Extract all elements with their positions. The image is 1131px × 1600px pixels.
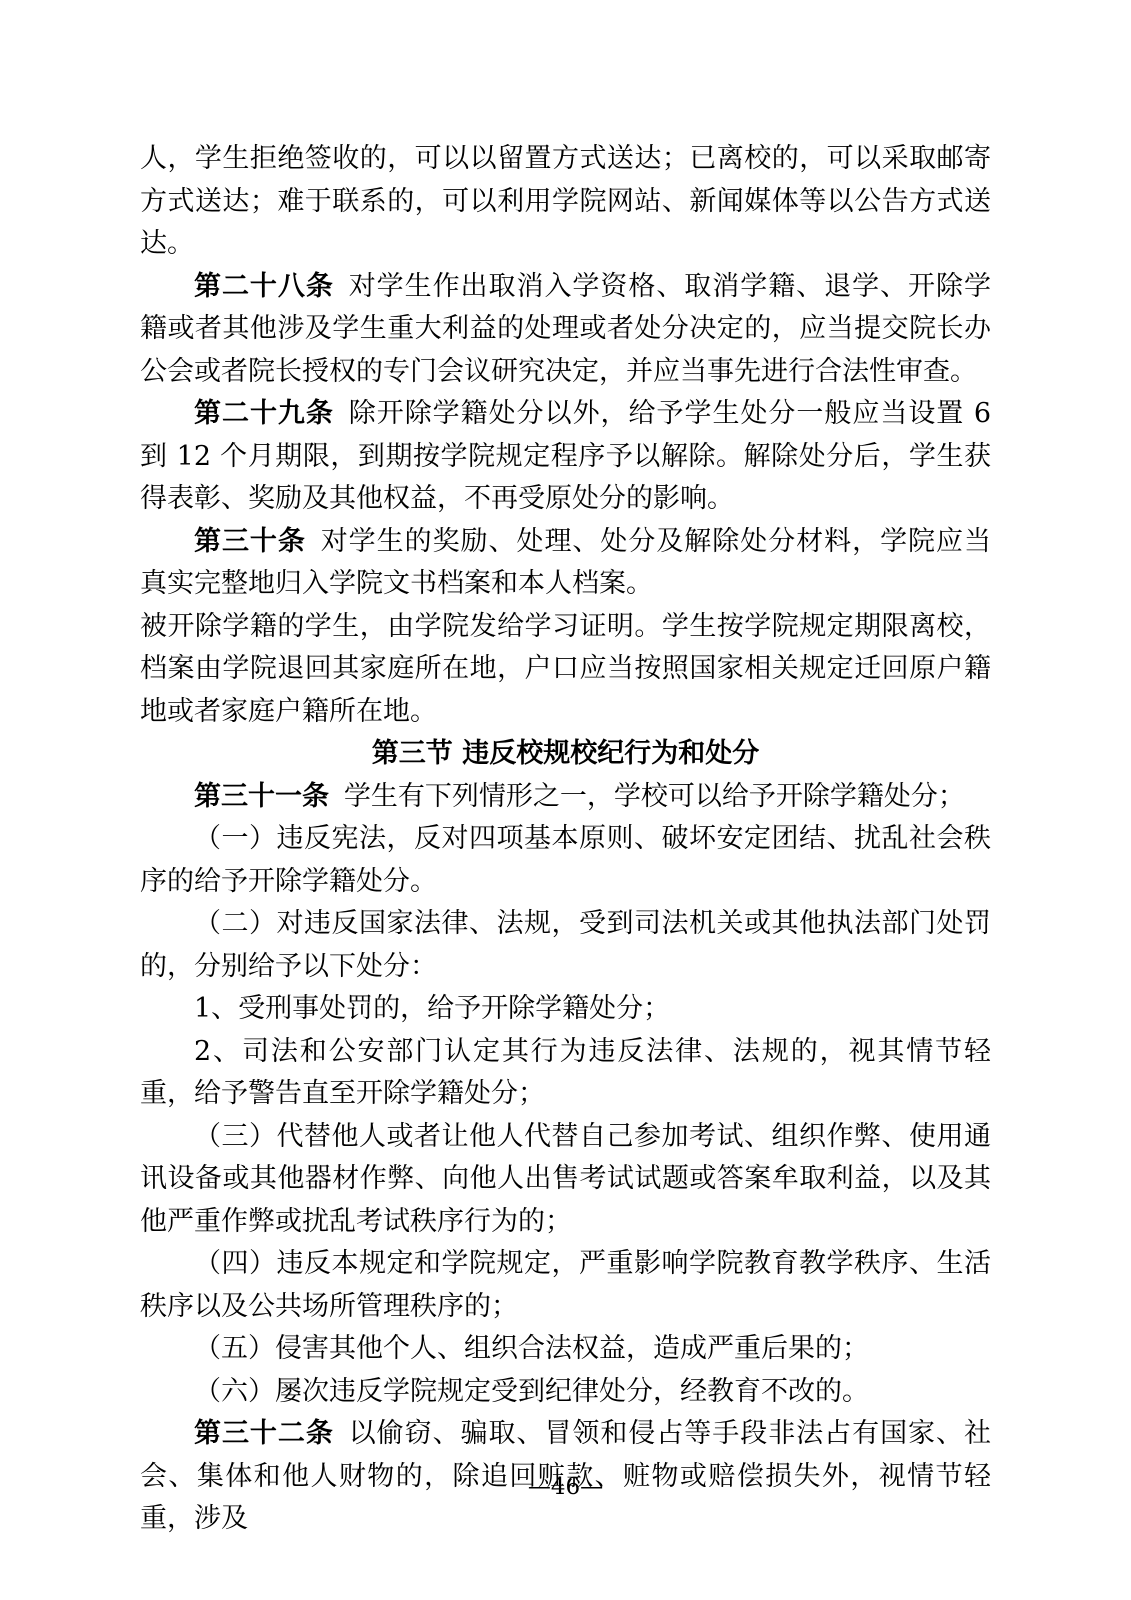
paragraph-text: 被开除学籍的学生，由学院发给学习证明。学生按学院规定期限离校，档案由学院退回其家… [140, 611, 991, 727]
article-number: 第二十八条 [194, 271, 334, 302]
paragraph-text: 2、司法和公安部门认定其行为违反法律、法规的，视其情节轻重，给予警告直至开除学籍… [140, 1036, 991, 1110]
paragraph-text: （二）对违反国家法律、法规，受到司法机关或其他执法部门处罚的，分别给予以下处分： [140, 908, 991, 982]
paragraph: 人，学生拒绝签收的，可以以留置方式送达；已离校的，可以采取邮寄方式送达；难于联系… [140, 138, 991, 266]
paragraph-text: （五）侵害其他个人、组织合法权益，造成严重后果的； [194, 1333, 869, 1364]
paragraph-text: 学生有下列情形之一，学校可以给予开除学籍处分； [344, 781, 965, 812]
page-number: —46— [0, 1472, 1131, 1502]
document-body: 人，学生拒绝签收的，可以以留置方式送达；已离校的，可以采取邮寄方式送达；难于联系… [140, 138, 991, 1541]
paragraph-text: （三）代替他人或者让他人代替自己参加考试、组织作弊、使用通讯设备或其他器材作弊、… [140, 1121, 991, 1237]
paragraph: （二）对违反国家法律、法规，受到司法机关或其他执法部门处罚的，分别给予以下处分： [140, 903, 991, 988]
paragraph-text: （四）违反本规定和学院规定，严重影响学院教育教学秩序、生活秩序以及公共场所管理秩… [140, 1248, 991, 1322]
paragraph: （六）屡次违反学院规定受到纪律处分，经教育不改的。 [140, 1371, 991, 1414]
paragraph: 第三十一条学生有下列情形之一，学校可以给予开除学籍处分； [140, 776, 991, 819]
paragraph: 第三十条对学生的奖励、处理、处分及解除处分材料，学院应当真实完整地归入学院文书档… [140, 521, 991, 606]
article-number: 第三十二条 [194, 1418, 334, 1449]
paragraph: （一）违反宪法，反对四项基本原则、破坏安定团结、扰乱社会秩序的给予开除学籍处分。 [140, 818, 991, 903]
article-number: 第三十条 [194, 526, 306, 557]
paragraph: 被开除学籍的学生，由学院发给学习证明。学生按学院规定期限离校，档案由学院退回其家… [140, 606, 991, 734]
paragraph: （四）违反本规定和学院规定，严重影响学院教育教学秩序、生活秩序以及公共场所管理秩… [140, 1243, 991, 1328]
document-page: 人，学生拒绝签收的，可以以留置方式送达；已离校的，可以采取邮寄方式送达；难于联系… [0, 0, 1131, 1600]
paragraph: 1、受刑事处罚的，给予开除学籍处分； [140, 988, 991, 1031]
paragraph-text: 人，学生拒绝签收的，可以以留置方式送达；已离校的，可以采取邮寄方式送达；难于联系… [140, 143, 991, 259]
paragraph-text: 第三节 违反校规校纪行为和处分 [372, 738, 759, 769]
article-number: 第三十一条 [194, 781, 329, 812]
paragraph-text: （六）屡次违反学院规定受到纪律处分，经教育不改的。 [194, 1376, 869, 1407]
paragraph-text: （一）违反宪法，反对四项基本原则、破坏安定团结、扰乱社会秩序的给予开除学籍处分。 [140, 823, 991, 897]
article-number: 第二十九条 [194, 398, 334, 429]
paragraph: （五）侵害其他个人、组织合法权益，造成严重后果的； [140, 1328, 991, 1371]
paragraph: 第二十九条除开除学籍处分以外，给予学生处分一般应当设置 6 到 12 个月期限，… [140, 393, 991, 521]
paragraph: 第二十八条对学生作出取消入学资格、取消学籍、退学、开除学籍或者其他涉及学生重大利… [140, 266, 991, 394]
paragraph: （三）代替他人或者让他人代替自己参加考试、组织作弊、使用通讯设备或其他器材作弊、… [140, 1116, 991, 1244]
section-heading: 第三节 违反校规校纪行为和处分 [140, 733, 991, 776]
paragraph: 2、司法和公安部门认定其行为违反法律、法规的，视其情节轻重，给予警告直至开除学籍… [140, 1031, 991, 1116]
paragraph-text: 1、受刑事处罚的，给予开除学籍处分； [194, 993, 670, 1024]
